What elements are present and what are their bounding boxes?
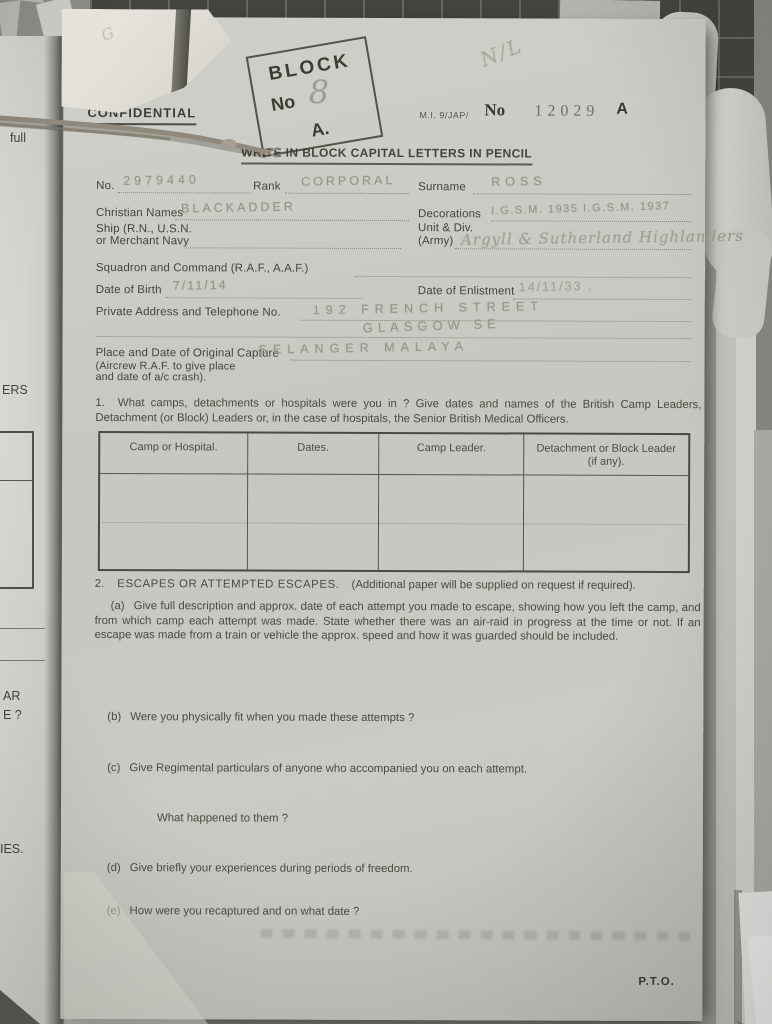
under-page-rule-fragment <box>0 660 45 661</box>
under-page-table-line <box>0 480 32 481</box>
field-dob-value: 7/11/14 <box>173 278 228 293</box>
rule-dotted <box>186 246 401 249</box>
q2-item-b-text: Were you physically fit when you made th… <box>130 711 414 724</box>
q2-item-a: (a)Give full description and approx. dat… <box>95 599 701 645</box>
q2-item-c: (c)Give Regimental particulars of anyone… <box>107 762 527 775</box>
ref-suffix: A <box>616 101 628 119</box>
scanned-document-photo: full ERS AR E ? IES. G SS CONFIDENTIAL B… <box>0 0 772 1024</box>
q2-item-d-text: Give briefly your experiences during per… <box>130 862 413 875</box>
q2-item-e: (e)How were you recaptured and on what d… <box>107 905 360 918</box>
rule-dotted <box>473 192 691 195</box>
field-rank-label: Rank <box>253 181 280 194</box>
q2-item-d: (d)Give briefly your experiences during … <box>107 862 413 875</box>
rule-dotted <box>118 191 250 193</box>
field-ship-label-line1: Ship (R.N., U.S.N. <box>96 223 192 236</box>
question-1-number: 1. <box>95 397 105 409</box>
block-number-stamp: BLOCK No 8 A. <box>246 36 384 157</box>
ref-number-stamped: 12029 <box>534 103 599 121</box>
table-header-detachment-leader: Detachment or Block Leader (if any). <box>524 434 688 475</box>
field-enlistment-label: Date of Enlistment <box>418 285 515 298</box>
field-address-value-line2: GLASGOW SE <box>362 316 501 335</box>
q2-item-c-text: Give Regimental particulars of anyone wh… <box>129 762 527 775</box>
rule-dotted <box>166 296 362 299</box>
field-no-label: No. <box>96 180 114 193</box>
field-address-value-line1: 192 FRENCH STREET <box>313 299 544 317</box>
field-surname-value: ROSS <box>491 174 547 189</box>
question-1: 1.What camps, detachments or hospitals w… <box>95 396 701 427</box>
stamp-no-label: No <box>270 91 297 116</box>
field-no-value: 2979440 <box>123 173 200 188</box>
field-capture-label-line1: Place and Date of Original Capture <box>96 347 279 360</box>
ref-no-label: No <box>484 100 505 120</box>
question-1-text: What camps, detachments or hospitals wer… <box>95 397 701 425</box>
question-2-number: 2. <box>95 578 105 590</box>
questionnaire-page: G SS CONFIDENTIAL BLOCK No 8 A. N/L M.I.… <box>60 17 705 1021</box>
stamp-block-letter: A. <box>260 109 380 150</box>
under-page-table-fragment <box>0 431 34 589</box>
field-rank-value: CORPORAL <box>301 173 395 189</box>
field-decorations-label: Decorations <box>418 208 481 221</box>
ref-prefix: M.I. 9/JAP/ <box>419 110 469 120</box>
margin-fragment-ers: ERS <box>2 383 28 397</box>
field-surname-label: Surname <box>418 181 466 194</box>
rule-dotted <box>175 218 409 221</box>
field-enlistment-value: 14/11/33 . <box>519 279 594 294</box>
pencil-note: N/L <box>477 33 526 71</box>
margin-fragment-full: full <box>10 131 26 145</box>
field-christian-names-label: Christian Names <box>96 207 183 220</box>
field-squadron-label: Squadron and Command (R.A.F., A.A.F.) <box>96 262 309 275</box>
table-header-camp-or-hospital: Camp or Hospital. <box>100 433 248 474</box>
q2-item-c-tag: (c) <box>107 762 120 774</box>
margin-fragment-ies: IES. <box>0 842 24 856</box>
q2-item-b-tag: (b) <box>107 711 121 723</box>
ink-offset-smudge <box>261 929 699 941</box>
rule-dotted <box>291 359 691 362</box>
field-capture-label-line3: and date of a/c crash). <box>95 371 206 384</box>
field-unit-label-line2: (Army) <box>418 235 453 248</box>
field-ship-label-line2: or Merchant Navy <box>96 235 189 248</box>
rule-dotted <box>96 335 691 339</box>
rule-dotted <box>355 275 691 278</box>
question-2-heading: 2.ESCAPES OR ATTEMPTED ESCAPES.(Addition… <box>95 578 636 592</box>
torn-corner-paper: G <box>61 9 231 116</box>
field-unit-value: Argyll & Sutherland Highlanders <box>461 227 744 249</box>
page-edge-rod <box>171 5 191 102</box>
table-header-camp-leader: Camp Leader. <box>379 434 524 475</box>
field-christian-names-value: BLACKADDER <box>181 199 296 215</box>
under-page-rule-fragment <box>0 628 45 629</box>
margin-fragment-e: E ? <box>3 708 22 722</box>
camps-table-header-row: Camp or Hospital. Dates. Camp Leader. De… <box>100 433 688 476</box>
field-capture-value: SELANGER MALAYA <box>258 339 469 357</box>
table-header-dates: Dates. <box>248 434 380 474</box>
q2-item-b: (b)Were you physically fit when you made… <box>107 711 414 724</box>
field-decorations-value: I.G.S.M. 1935 I.G.S.M. 1937 <box>491 200 671 217</box>
question-2-title: ESCAPES OR ATTEMPTED ESCAPES. <box>117 578 339 591</box>
rule-dotted <box>285 192 409 194</box>
question-2-note: (Additional paper will be supplied on re… <box>352 579 636 592</box>
field-address-label: Private Address and Telephone No. <box>96 306 281 319</box>
field-dob-label: Date of Birth <box>96 284 162 297</box>
q2-item-a-text: Give full description and approx. date o… <box>95 600 701 643</box>
stamp-number-handwritten: 8 <box>308 73 329 111</box>
q2-item-c-followup: What happened to them ? <box>157 812 288 824</box>
q2-item-e-text: How were you recaptured and on what date… <box>130 905 360 918</box>
q2-item-c-followup-text: What happened to them ? <box>157 812 288 824</box>
pencil-scribble: G <box>98 23 116 44</box>
q2-item-d-tag: (d) <box>107 862 121 874</box>
rule-dotted <box>491 219 691 222</box>
q2-item-a-tag: (a) <box>111 599 125 614</box>
margin-fragment-ar: AR <box>3 689 20 703</box>
camps-table: Camp or Hospital. Dates. Camp Leader. De… <box>98 431 690 573</box>
pto-label: P.T.O. <box>638 976 675 988</box>
